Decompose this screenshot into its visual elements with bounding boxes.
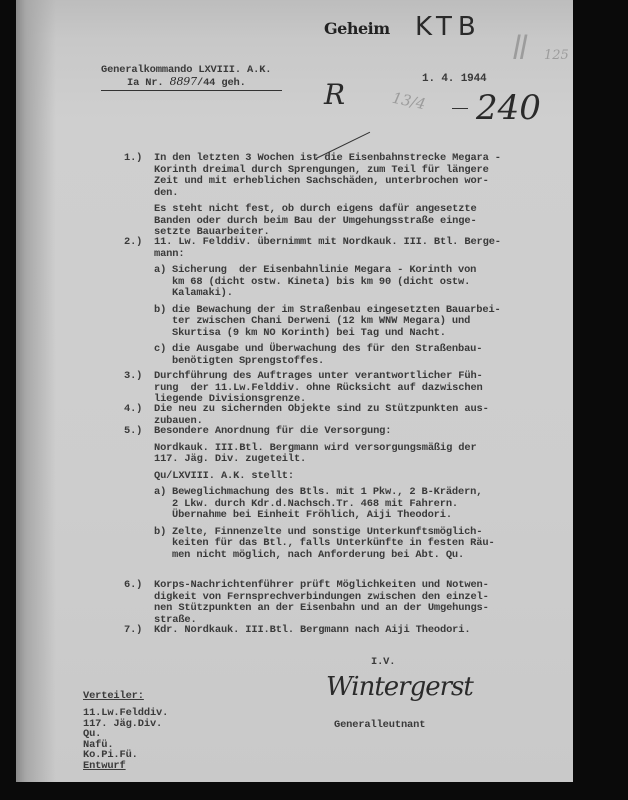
item-text-line: Korps-Nachrichtenführer prüft Möglichkei… [154, 580, 489, 592]
subitem-text-line: Sicherung der Eisenbahnlinie Megara - Ko… [172, 265, 476, 277]
item-number: 3.) [124, 371, 142, 383]
handwritten-signature: Wintergerst [326, 672, 473, 702]
item-number: 5.) [124, 426, 142, 438]
handwritten-page-number: 240 [476, 88, 541, 128]
subitem-text-line: Übernahme bei Einheit Fröhlich, Aiji The… [172, 510, 452, 522]
signer-rank: Generalleutnant [334, 720, 425, 732]
subitem-letter: a) [154, 265, 166, 277]
subitem-letter: a) [154, 487, 166, 499]
item-paragraph-line: 117. Jäg. Div. zugeteilt. [154, 454, 306, 466]
item-text-line: Zeit und mit erheblichen Sachschäden, un… [154, 176, 489, 188]
faint-margin-number: 125 [544, 48, 569, 63]
item-paragraph-line: Es steht nicht fest, ob durch eigens daf… [154, 204, 477, 216]
item-number: 1.) [124, 153, 142, 165]
subitem-text-line: keiten für das Btl., falls Unterkünfte i… [172, 538, 495, 550]
item-number: 6.) [124, 580, 142, 592]
subitem-text-line: Skurtisa (9 km NO Korinth) bei Tag und N… [172, 328, 446, 340]
item-text-line: nen Stützpunkten an der Eisenbahn und an… [154, 603, 489, 615]
handwritten-initial: R [324, 78, 345, 111]
classification-stamp: Geheim [324, 19, 390, 38]
distribution-entry: Entwurf [83, 761, 126, 773]
ref-prefix: Ia Nr. [101, 77, 170, 89]
subitem-letter: b) [154, 305, 166, 317]
subitem-text-line: Kalamaki). [172, 288, 233, 300]
item-number: 7.) [124, 625, 142, 637]
dash-mark [452, 108, 468, 109]
item-paragraph-line: Qu/LXVIII. A.K. stellt: [154, 471, 294, 483]
iv-label: I.V. [371, 657, 395, 669]
sender-line-2: Ia Nr. 8897/44 geh. [101, 76, 282, 91]
subitem-letter: c) [154, 344, 166, 356]
handwritten-faint-note: 13/4 [390, 89, 427, 114]
item-text-line: In den letzten 3 Wochen ist die Eisenbah… [154, 153, 501, 165]
subitem-text-line: men nicht möglich, nach Anforderung bei … [172, 550, 464, 562]
item-number: 4.) [124, 404, 142, 416]
item-text-line: Die neu zu sichernden Objekte sind zu St… [154, 404, 489, 416]
item-text-line: den. [154, 188, 178, 200]
item-text-line: Durchführung des Auftrages unter verantw… [154, 371, 483, 383]
subitem-letter: b) [154, 527, 166, 539]
document-date: 1. 4. 1944 [422, 74, 487, 86]
distribution-heading: Verteiler: [83, 691, 144, 703]
subitem-text-line: benötigten Sprengstoffes. [172, 356, 324, 368]
subitem-text-line: Beweglichmachung des Btls. mit 1 Pkw., 2… [172, 487, 482, 499]
item-text-line: Besondere Anordnung für die Versorgung: [154, 426, 391, 438]
subitem-text-line: die Ausgabe und Überwachung des für den … [172, 344, 482, 356]
item-text-line: 11. Lw. Felddiv. übernimmt mit Nordkauk.… [154, 237, 501, 249]
ref-suffix: /44 geh. [197, 77, 246, 89]
item-number: 2.) [124, 237, 142, 249]
faint-margin-mark: ǁ [512, 28, 529, 68]
subitem-text-line: ter zwischen Chani Derweni (12 km WNW Me… [172, 316, 470, 328]
ktb-handwritten-mark: KTB [415, 12, 482, 42]
ref-number-handwritten: 8897 [170, 75, 197, 88]
item-text-line: Kdr. Nordkauk. III.Btl. Bergmann nach Ai… [154, 625, 470, 637]
item-text-line: mann: [154, 249, 184, 261]
scanned-document-page: Geheim KTB ǁ 125 Generalkommando LXVIII.… [16, 0, 573, 782]
